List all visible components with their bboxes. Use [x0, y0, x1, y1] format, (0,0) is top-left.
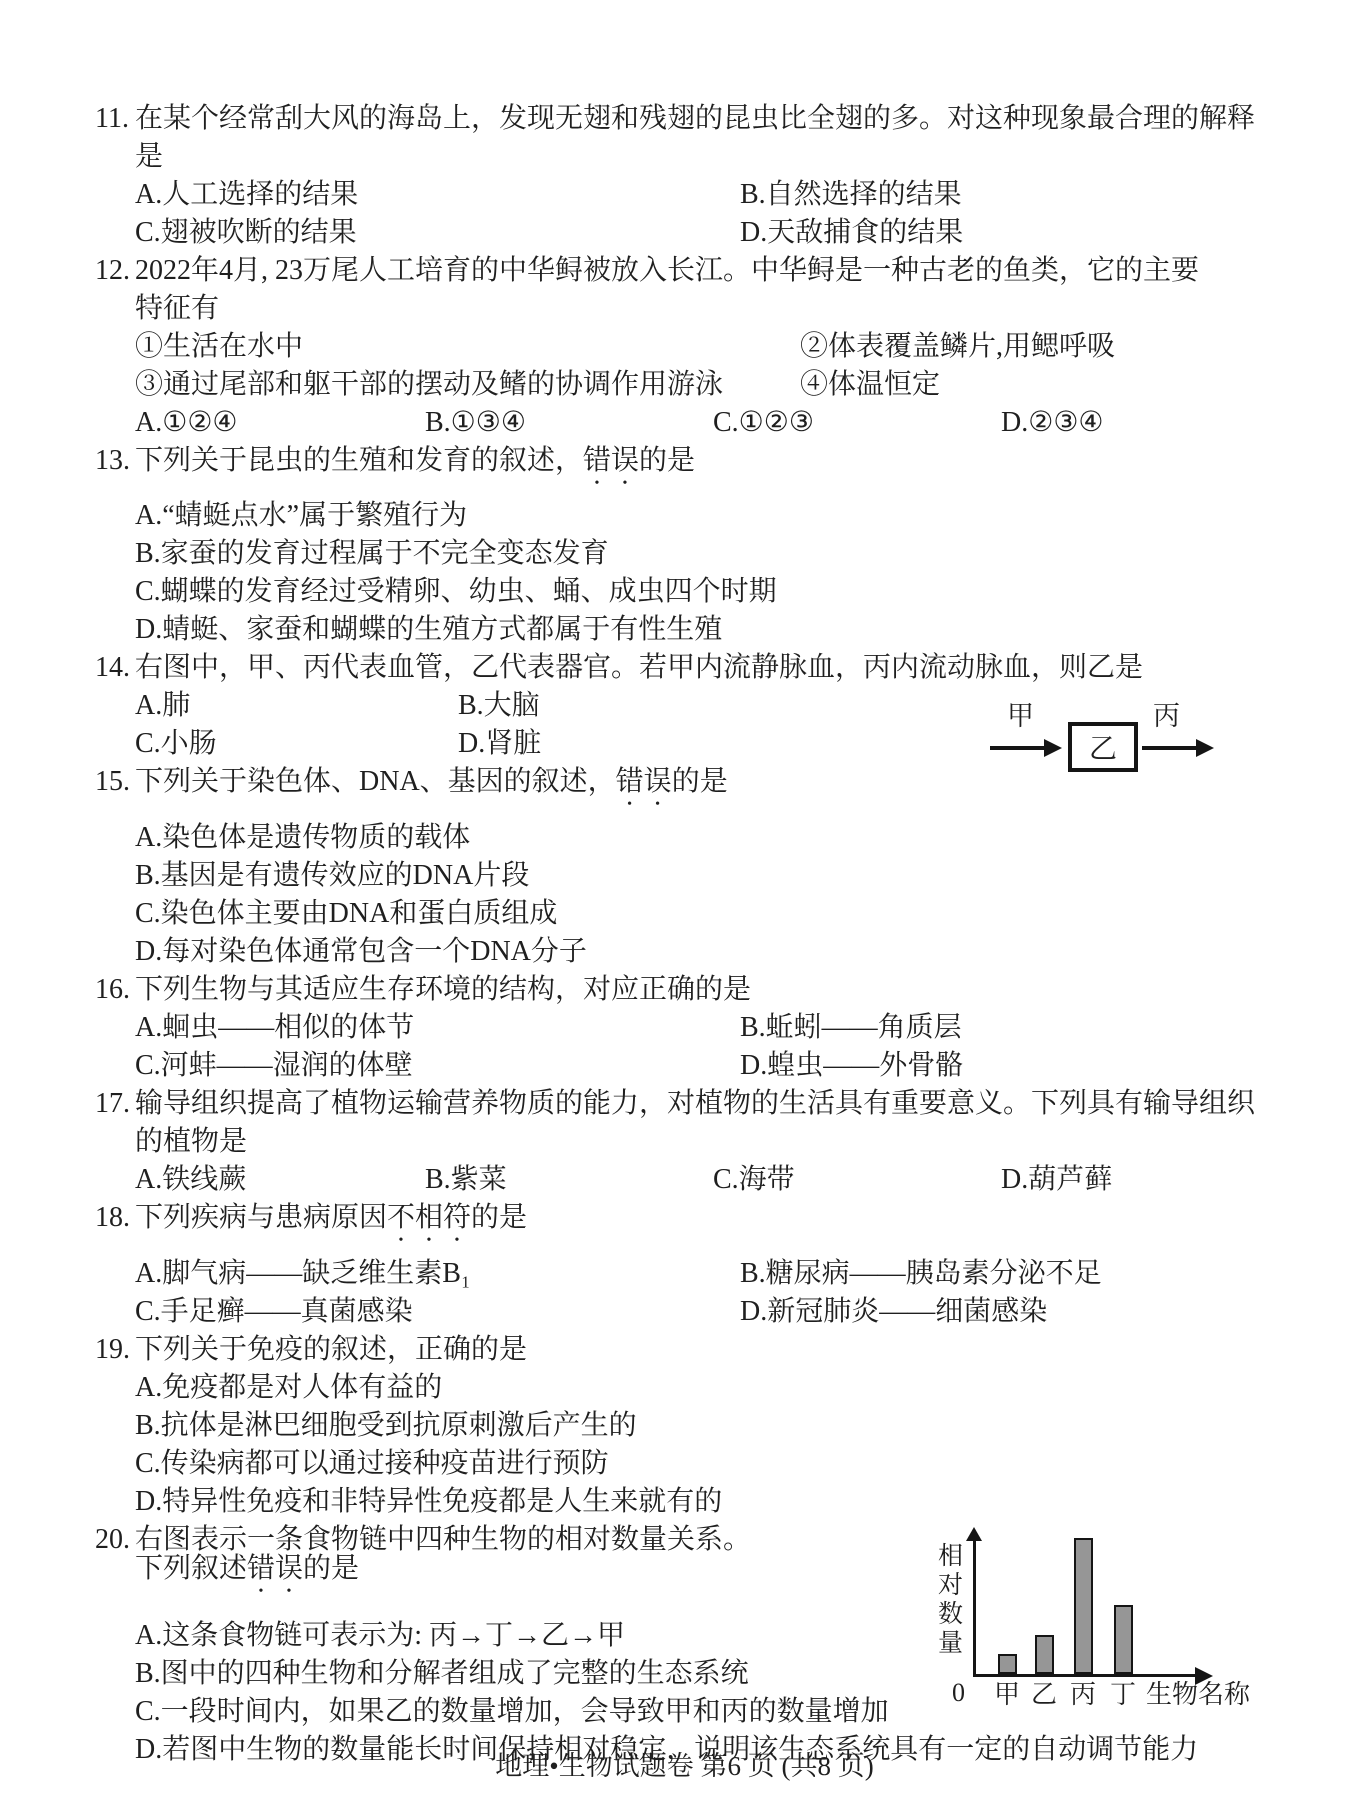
x-axis-line [973, 1674, 1195, 1677]
question-12: 12. 2022年4月, 23万尾人工培育的中华鲟被放入长江。中华鲟是一种古老的… [95, 252, 1275, 442]
question-15: 15. 下列关于染色体、DNA、基因的叙述，错误的是 A.染色体是遗传物质的载体… [95, 763, 1275, 971]
question-15-option-b: B.基因是有遗传效应的DNA片段 [135, 857, 1275, 895]
question-18-stem-emphasis: 不相符 [387, 1202, 471, 1233]
question-17-number: 17. [95, 1085, 130, 1123]
question-14-number: 14. [95, 649, 130, 687]
question-15-option-d: D.每对染色体通常包含一个DNA分子 [135, 933, 1275, 971]
question-18-stem: 下列疾病与患病原因不相符的是 [135, 1199, 1275, 1248]
question-16-stem: 下列生物与其适应生存环境的结构，对应正确的是 [135, 971, 1275, 1009]
question-12-stem-line2: 特征有 [135, 290, 1275, 328]
question-18-stem-post: 的是 [471, 1202, 527, 1233]
question-12-stem-line1: 2022年4月, 23万尾人工培育的中华鲟被放入长江。中华鲟是一种古老的鱼类，它… [135, 252, 1275, 290]
question-18-number: 18. [95, 1199, 130, 1237]
question-17-option-b: B.紫菜 [425, 1161, 713, 1199]
page-footer: 地理•生物试题卷 第6 页 (共8 页) [0, 1744, 1369, 1783]
question-12-option-b: B.①③④ [425, 404, 713, 442]
question-12-item-4: ④体温恒定 [800, 366, 940, 404]
chart-bar-甲 [998, 1654, 1017, 1674]
question-13-option-d: D.蜻蜓、家蚕和蝴蝶的生殖方式都属于有性生殖 [135, 611, 1275, 649]
question-13-stem-post: 的是 [639, 445, 695, 476]
y-axis-arrow-icon [966, 1527, 982, 1541]
question-17-options-row: A.铁线蕨B.紫菜C.海带D.葫芦藓 [135, 1161, 1275, 1199]
question-14-option-c: C.小肠 [135, 725, 458, 763]
question-13-option-a: A.“蜻蜓点水”属于繁殖行为 [135, 497, 1275, 535]
question-20: 20. 右图表示一条食物链中四种生物的相对数量关系。 下列叙述错误的是 A.这条… [95, 1521, 1275, 1769]
question-18-option-b: B.糖尿病——胰岛素分泌不足 [740, 1255, 1102, 1293]
chart-y-axis-label: 相对数量 [938, 1542, 966, 1658]
arrow-line-left [990, 746, 1044, 750]
question-12-items-row1: ①生活在水中②体表覆盖鳞片,用鳃呼吸 [135, 328, 1275, 366]
question-18-option-c: C.手足癣——真菌感染 [135, 1293, 740, 1331]
question-17: 17. 输导组织提高了植物运输营养物质的能力，对植物的生活具有重要意义。下列具有… [95, 1085, 1275, 1199]
question-18: 18. 下列疾病与患病原因不相符的是 A.脚气病——缺乏维生素B₁B.糖尿病——… [95, 1199, 1275, 1331]
exam-page: 11. 在某个经常刮大风的海岛上，发现无翅和残翅的昆虫比全翅的多。对这种现象最合… [0, 0, 1369, 1814]
question-19-option-a: A.免疫都是对人体有益的 [135, 1369, 1275, 1407]
question-14-option-a: A.肺 [135, 687, 458, 725]
question-18-options-row2: C.手足癣——真菌感染D.新冠肺炎——细菌感染 [135, 1293, 1275, 1331]
exam-content: 11. 在某个经常刮大风的海岛上，发现无翅和残翅的昆虫比全翅的多。对这种现象最合… [95, 100, 1275, 1769]
question-11-number: 11. [95, 100, 129, 138]
question-16: 16. 下列生物与其适应生存环境的结构，对应正确的是 A.蛔虫——相似的体节B.… [95, 971, 1275, 1085]
question-15-option-c: C.染色体主要由DNA和蛋白质组成 [135, 895, 1275, 933]
question-12-items-row2: ③通过尾部和躯干部的摆动及鳍的协调作用游泳④体温恒定 [135, 366, 1275, 404]
question-16-option-a: A.蛔虫——相似的体节 [135, 1009, 740, 1047]
question-13-option-c: C.蝴蝶的发育经过受精卵、幼虫、蛹、成虫四个时期 [135, 573, 1275, 611]
chart-xtick-丁: 丁 [1110, 1681, 1136, 1709]
chart-xtick-甲: 甲 [994, 1681, 1020, 1709]
question-17-option-d: D.葫芦藓 [1001, 1161, 1112, 1199]
question-16-number: 16. [95, 971, 130, 1009]
question-14-option-b: B.大脑 [458, 687, 540, 725]
question-17-option-c: C.海带 [713, 1161, 1001, 1199]
question-12-option-d: D.②③④ [1001, 404, 1104, 442]
question-13-number: 13. [95, 442, 130, 480]
question-11-stem-line2: 是 [135, 138, 1275, 176]
question-18-stem-pre: 下列疾病与患病原因 [135, 1202, 387, 1233]
arrow-head-left-icon [1044, 739, 1062, 757]
question-19: 19. 下列关于免疫的叙述，正确的是 A.免疫都是对人体有益的 B.抗体是淋巴细… [95, 1331, 1275, 1521]
arrow-head-right-icon [1196, 739, 1214, 757]
question-19-stem: 下列关于免疫的叙述，正确的是 [135, 1331, 1275, 1369]
question-15-option-a: A.染色体是遗传物质的载体 [135, 819, 1275, 857]
chart-x-axis-label: 生物名称 [1146, 1681, 1250, 1709]
question-11-stem-line1: 在某个经常刮大风的海岛上，发现无翅和残翅的昆虫比全翅的多。对这种现象最合理的解释 [135, 100, 1275, 138]
arrow-line-right [1142, 746, 1196, 750]
question-20-stem-emphasis: 错误 [247, 1553, 303, 1584]
question-11-option-a: A.人工选择的结果 [135, 176, 740, 214]
question-15-number: 15. [95, 763, 130, 801]
question-15-stem: 下列关于染色体、DNA、基因的叙述，错误的是 [135, 763, 1275, 812]
question-17-option-a: A.铁线蕨 [135, 1161, 425, 1199]
question-13-stem-pre: 下列关于昆虫的生殖和发育的叙述， [135, 445, 583, 476]
chart-bar-丙 [1074, 1538, 1093, 1674]
question-19-number: 19. [95, 1331, 130, 1369]
question-19-option-c: C.传染病都可以通过接种疫苗进行预防 [135, 1445, 1275, 1483]
question-12-item-1: ①生活在水中 [135, 328, 800, 366]
question-16-option-d: D.蝗虫——外骨骼 [740, 1047, 963, 1085]
question-14-stem: 右图中，甲、丙代表血管，乙代表器官。若甲内流静脉血，丙内流动脉血，则乙是 [135, 649, 1275, 687]
question-13-option-b: B.家蚕的发育过程属于不完全变态发育 [135, 535, 1275, 573]
question-13-stem: 下列关于昆虫的生殖和发育的叙述，错误的是 [135, 442, 1275, 491]
chart-xtick-乙: 乙 [1031, 1681, 1057, 1709]
question-12-item-3: ③通过尾部和躯干部的摆动及鳍的协调作用游泳 [135, 366, 800, 404]
question-11: 11. 在某个经常刮大风的海岛上，发现无翅和残翅的昆虫比全翅的多。对这种现象最合… [95, 100, 1275, 252]
question-11-option-b: B.自然选择的结果 [740, 176, 962, 214]
question-18-option-a: A.脚气病——缺乏维生素B₁ [135, 1255, 740, 1293]
question-20-number: 20. [95, 1521, 130, 1559]
question-12-option-a: A.①②④ [135, 404, 425, 442]
question-12-item-2: ②体表覆盖鳞片,用鳃呼吸 [800, 328, 1115, 366]
question-14-option-d: D.肾脏 [458, 725, 541, 763]
question-15-stem-pre: 下列关于染色体、DNA、基因的叙述， [135, 766, 616, 797]
question-16-option-b: B.蚯蚓——角质层 [740, 1009, 962, 1047]
question-20-stem-pre: 下列叙述 [135, 1553, 247, 1584]
chart-xtick-丙: 丙 [1070, 1681, 1096, 1709]
chart-bar-丁 [1114, 1605, 1133, 1674]
question-15-stem-post: 的是 [672, 766, 728, 797]
question-18-options-row1: A.脚气病——缺乏维生素B₁B.糖尿病——胰岛素分泌不足 [135, 1255, 1275, 1293]
question-19-option-b: B.抗体是淋巴细胞受到抗原刺激后产生的 [135, 1407, 1275, 1445]
relative-quantity-bar-chart: 相对数量 0 甲乙丙丁 生物名称 [928, 1516, 1273, 1721]
question-16-option-c: C.河蚌——湿润的体壁 [135, 1047, 740, 1085]
diagram-label-jia: 甲 [1007, 701, 1034, 731]
question-14: 14. 右图中，甲、丙代表血管，乙代表器官。若甲内流静脉血，丙内流动脉血，则乙是… [95, 649, 1275, 763]
diagram-label-bing: 丙 [1153, 701, 1180, 731]
question-11-option-d: D.天敌捕食的结果 [740, 214, 963, 252]
question-11-options-row1: A.人工选择的结果B.自然选择的结果 [135, 176, 1275, 214]
question-16-options-row2: C.河蚌——湿润的体壁D.蝗虫——外骨骼 [135, 1047, 1275, 1085]
question-18-option-d: D.新冠肺炎——细菌感染 [740, 1293, 1047, 1331]
chart-origin-label: 0 [952, 1679, 965, 1707]
question-17-stem-line1: 输导组织提高了植物运输营养物质的能力，对植物的生活具有重要意义。下列具有输导组织 [135, 1085, 1275, 1123]
question-11-options-row2: C.翅被吹断的结果D.天敌捕食的结果 [135, 214, 1275, 252]
chart-bar-乙 [1035, 1635, 1054, 1674]
question-11-option-c: C.翅被吹断的结果 [135, 214, 740, 252]
y-axis-line [973, 1541, 976, 1674]
question-17-stem-line2: 的植物是 [135, 1123, 1275, 1161]
question-12-options-row: A.①②④B.①③④C.①②③D.②③④ [135, 404, 1275, 442]
question-15-stem-emphasis: 错误 [616, 766, 672, 797]
question-12-option-c: C.①②③ [713, 404, 1001, 442]
question-13: 13. 下列关于昆虫的生殖和发育的叙述，错误的是 A.“蜻蜓点水”属于繁殖行为 … [95, 442, 1275, 649]
question-16-options-row1: A.蛔虫——相似的体节B.蚯蚓——角质层 [135, 1009, 1275, 1047]
question-12-number: 12. [95, 252, 130, 290]
question-20-stem-post: 的是 [303, 1553, 359, 1584]
question-13-stem-emphasis: 错误 [583, 445, 639, 476]
